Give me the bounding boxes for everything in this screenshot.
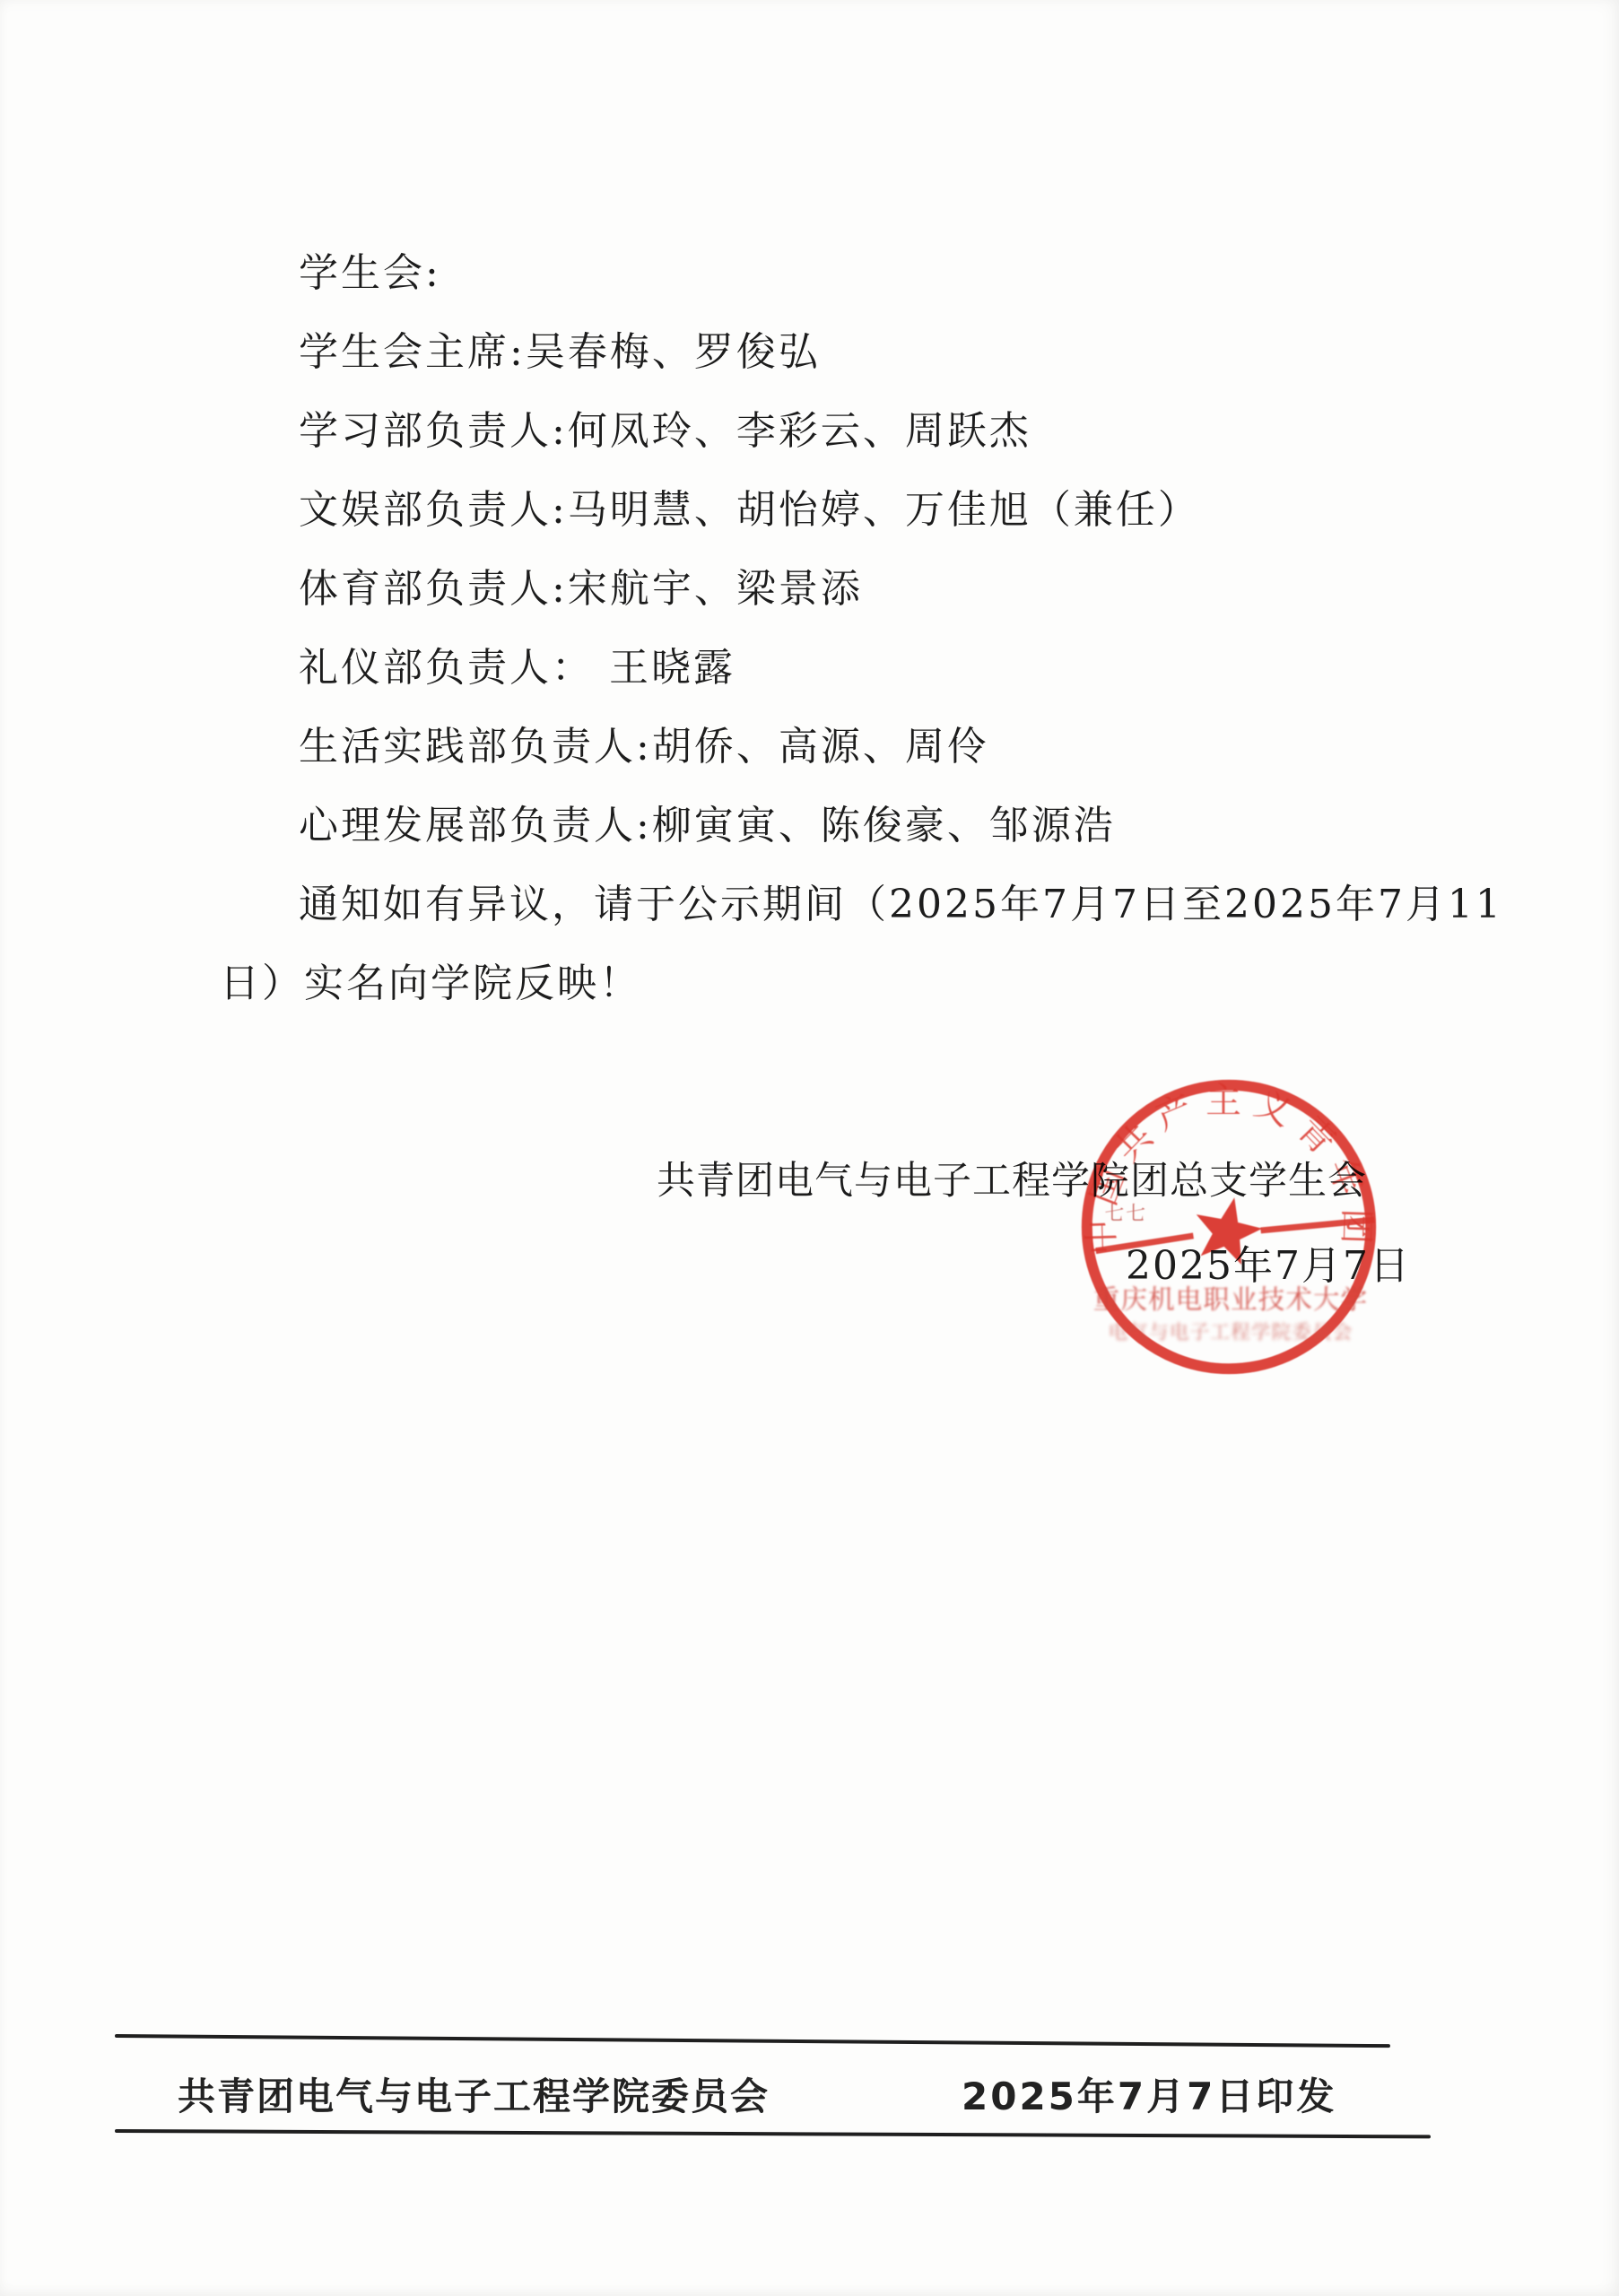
seal-star-icon [1188,1190,1267,1267]
seal-school-name: 重庆机电职业技术大学 [1093,1283,1368,1315]
line-sports-dept: 体育部负责人:宋航宇、梁景添 [220,545,1520,624]
line-study-dept: 学习部负责人:何凤玲、李彩云、周跃杰 [220,387,1520,466]
footer-top-rule [115,2034,1390,2048]
line-objection-notice-2: 日）实名向学院反映！ [220,940,1520,1019]
line-culture-dept: 文娱部负责人:马明慧、胡怡婷、万佳旭（兼任） [220,466,1520,545]
footer-issuer: 共青团电气与电子工程学院委员会 [178,2067,770,2121]
footer-bottom-rule [115,2129,1431,2138]
line-objection-notice-1: 通知如有异议，请于公示期间（2025年7月7日至2025年7月11 [220,861,1520,940]
seal-committee-name: 电气与电子工程学院委员会 [1109,1322,1354,1344]
line-union-president: 学生会主席:吴春梅、罗俊弘 [220,309,1520,387]
official-seal-stamp: 中国共产主义青年团 七七 重庆机电职业技术大学 电气与电子工程学院委员会 [1069,1067,1388,1387]
footer-issue-date: 2025年7月7日印发 [962,2067,1336,2121]
line-etiquette-dept: 礼仪部负责人： 王晓露 [220,624,1520,703]
line-student-union-heading: 学生会: [220,230,1520,309]
seal-left-mark: 七七 [1105,1203,1147,1225]
line-psychology-dept: 心理发展部负责人:柳寅寅、陈俊豪、邹源浩 [220,782,1520,861]
line-life-practice-dept: 生活实践部负责人:胡侨、高源、周伶 [220,703,1520,782]
notice-body: 学生会: 学生会主席:吴春梅、罗俊弘 学习部负责人:何凤玲、李彩云、周跃杰 文娱… [220,230,1520,1019]
document-page: 学生会: 学生会主席:吴春梅、罗俊弘 学习部负责人:何凤玲、李彩云、周跃杰 文娱… [0,0,1619,2296]
